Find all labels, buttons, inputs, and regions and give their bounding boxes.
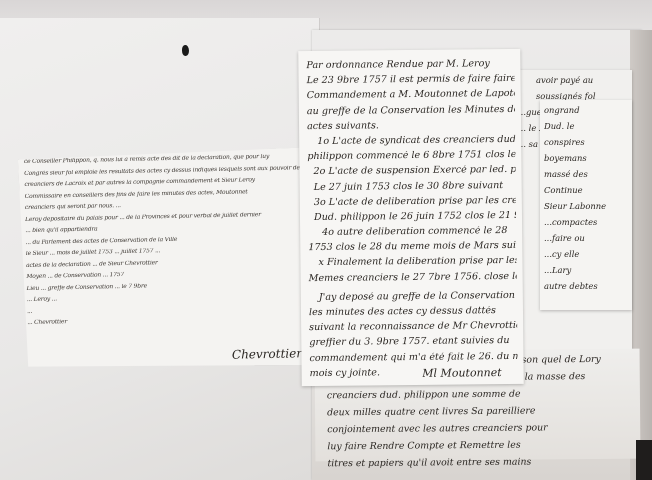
dark-background-corner (636, 440, 652, 480)
main-sheet-text: Par ordonnance Rendue par M. Leroy Le 23… (306, 59, 517, 384)
left-sheet-text: ce Conseiller Philippon, q. nous lui a r… (24, 153, 318, 332)
right-strip-text: ongrand Dud. le conspires boyemans massé… (544, 106, 630, 298)
left-document-sheet: ce Conseiller Philippon, q. nous lui a r… (18, 147, 322, 371)
right-document-strip: ongrand Dud. le conspires boyemans massé… (540, 100, 632, 310)
main-document-sheet: Par ordonnance Rendue par M. Leroy Le 23… (298, 49, 523, 386)
main-sheet-signature: Ml Moutonnet (422, 367, 502, 379)
left-sheet-signature: Chevrottier (232, 347, 302, 360)
ink-stain (182, 45, 189, 56)
